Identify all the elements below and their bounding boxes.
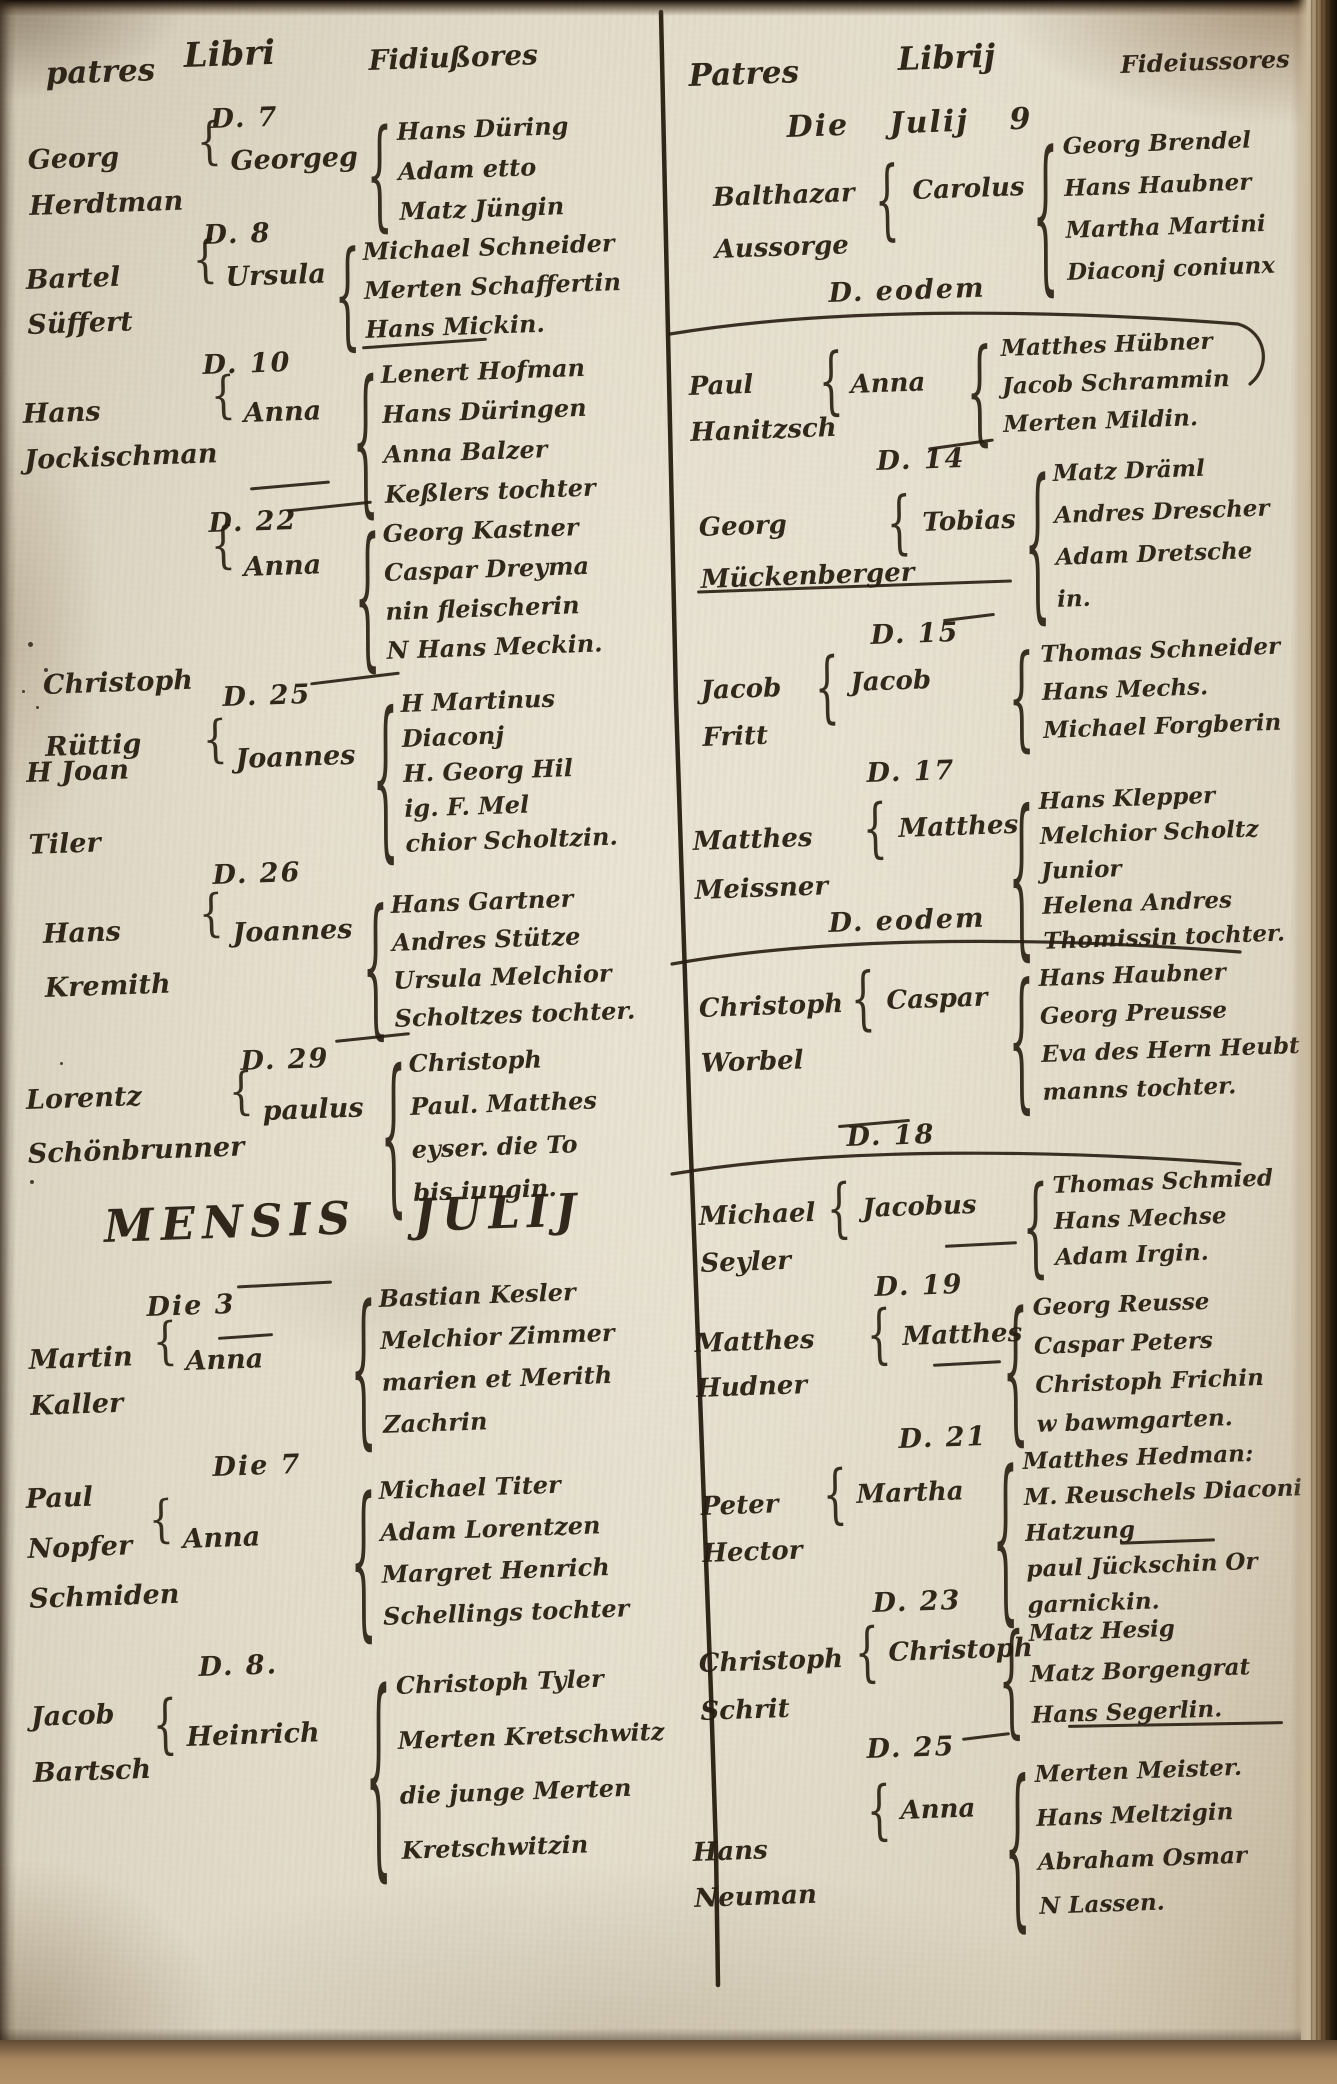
father-name-line: Hans	[692, 1826, 816, 1876]
child-name: Anna	[900, 1793, 976, 1826]
ink-speck	[30, 1180, 34, 1184]
sponsor-line: N Lassen.	[1039, 1878, 1250, 1929]
baptism-date: D. 25	[866, 1731, 956, 1765]
ink-speck	[22, 690, 25, 693]
ink-speck	[60, 1062, 63, 1065]
binding-edge	[0, 0, 16, 2044]
sponsors-list: Merten Meister.Hans MeltziginAbraham Osm…	[1034, 1746, 1249, 1929]
sponsor-line: Merten Meister.	[1034, 1746, 1245, 1797]
ink-speck	[36, 706, 39, 709]
page-edge-lines	[1311, 0, 1337, 2044]
brace-glyph: {	[866, 1777, 892, 1843]
right-register-column: BalthazarAussorge{Carolus{Georg BrendelH…	[0, 0, 1337, 2084]
ink-speck	[28, 642, 33, 647]
table-surface	[0, 2040, 1337, 2084]
father-name: HansNeuman	[692, 1826, 818, 1922]
book-top-edge	[0, 0, 1337, 16]
brace-glyph: {	[1004, 1756, 1031, 1934]
manuscript-photo: patres Libri Fidiußores Patres Librij Fi…	[0, 0, 1337, 2084]
ink-speck	[44, 668, 48, 672]
sponsor-line: Hans Meltzigin	[1036, 1790, 1247, 1841]
father-name-line: Neuman	[694, 1872, 818, 1922]
sponsor-line: Abraham Osmar	[1037, 1834, 1248, 1885]
register-entry: HansNeumanD. 25{Anna{Merten Meister.Hans…	[0, 0, 1337, 2084]
